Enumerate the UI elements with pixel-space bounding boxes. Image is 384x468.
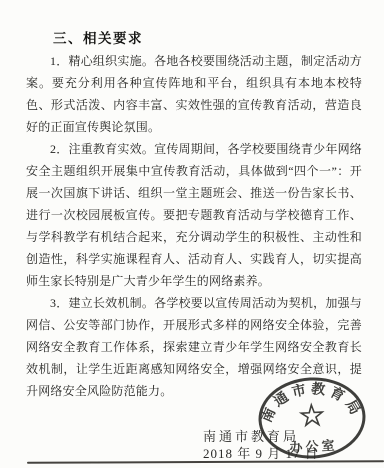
section-heading: 三、相关要求 [26, 27, 362, 50]
document-body: 三、相关要求 1．精心组织实施。各地各校要围绕活动主题，制定活动方案。要充分利用… [26, 27, 362, 402]
document-page: 三、相关要求 1．精心组织实施。各地各校要围绕活动主题，制定活动方案。要充分利用… [0, 0, 384, 468]
seal-bottom-text: 办公室 [289, 438, 338, 455]
paragraph-education-effectiveness: 2．注重教育实效。宣传周期间，各学校要围绕青少年网络安全主题组织开展集中宣传教育… [26, 138, 362, 292]
scan-artifact-line [27, 460, 384, 463]
official-seal: 南通市教育局 办公室 [254, 372, 370, 464]
paragraph-organize-implementation: 1．精心组织实施。各地各校要围绕活动主题，制定活动方案。要充分利用各种宣传阵地和… [26, 50, 362, 138]
seal-star-icon [301, 404, 323, 425]
seal-arc-text: 南通市教育局 [256, 377, 365, 426]
